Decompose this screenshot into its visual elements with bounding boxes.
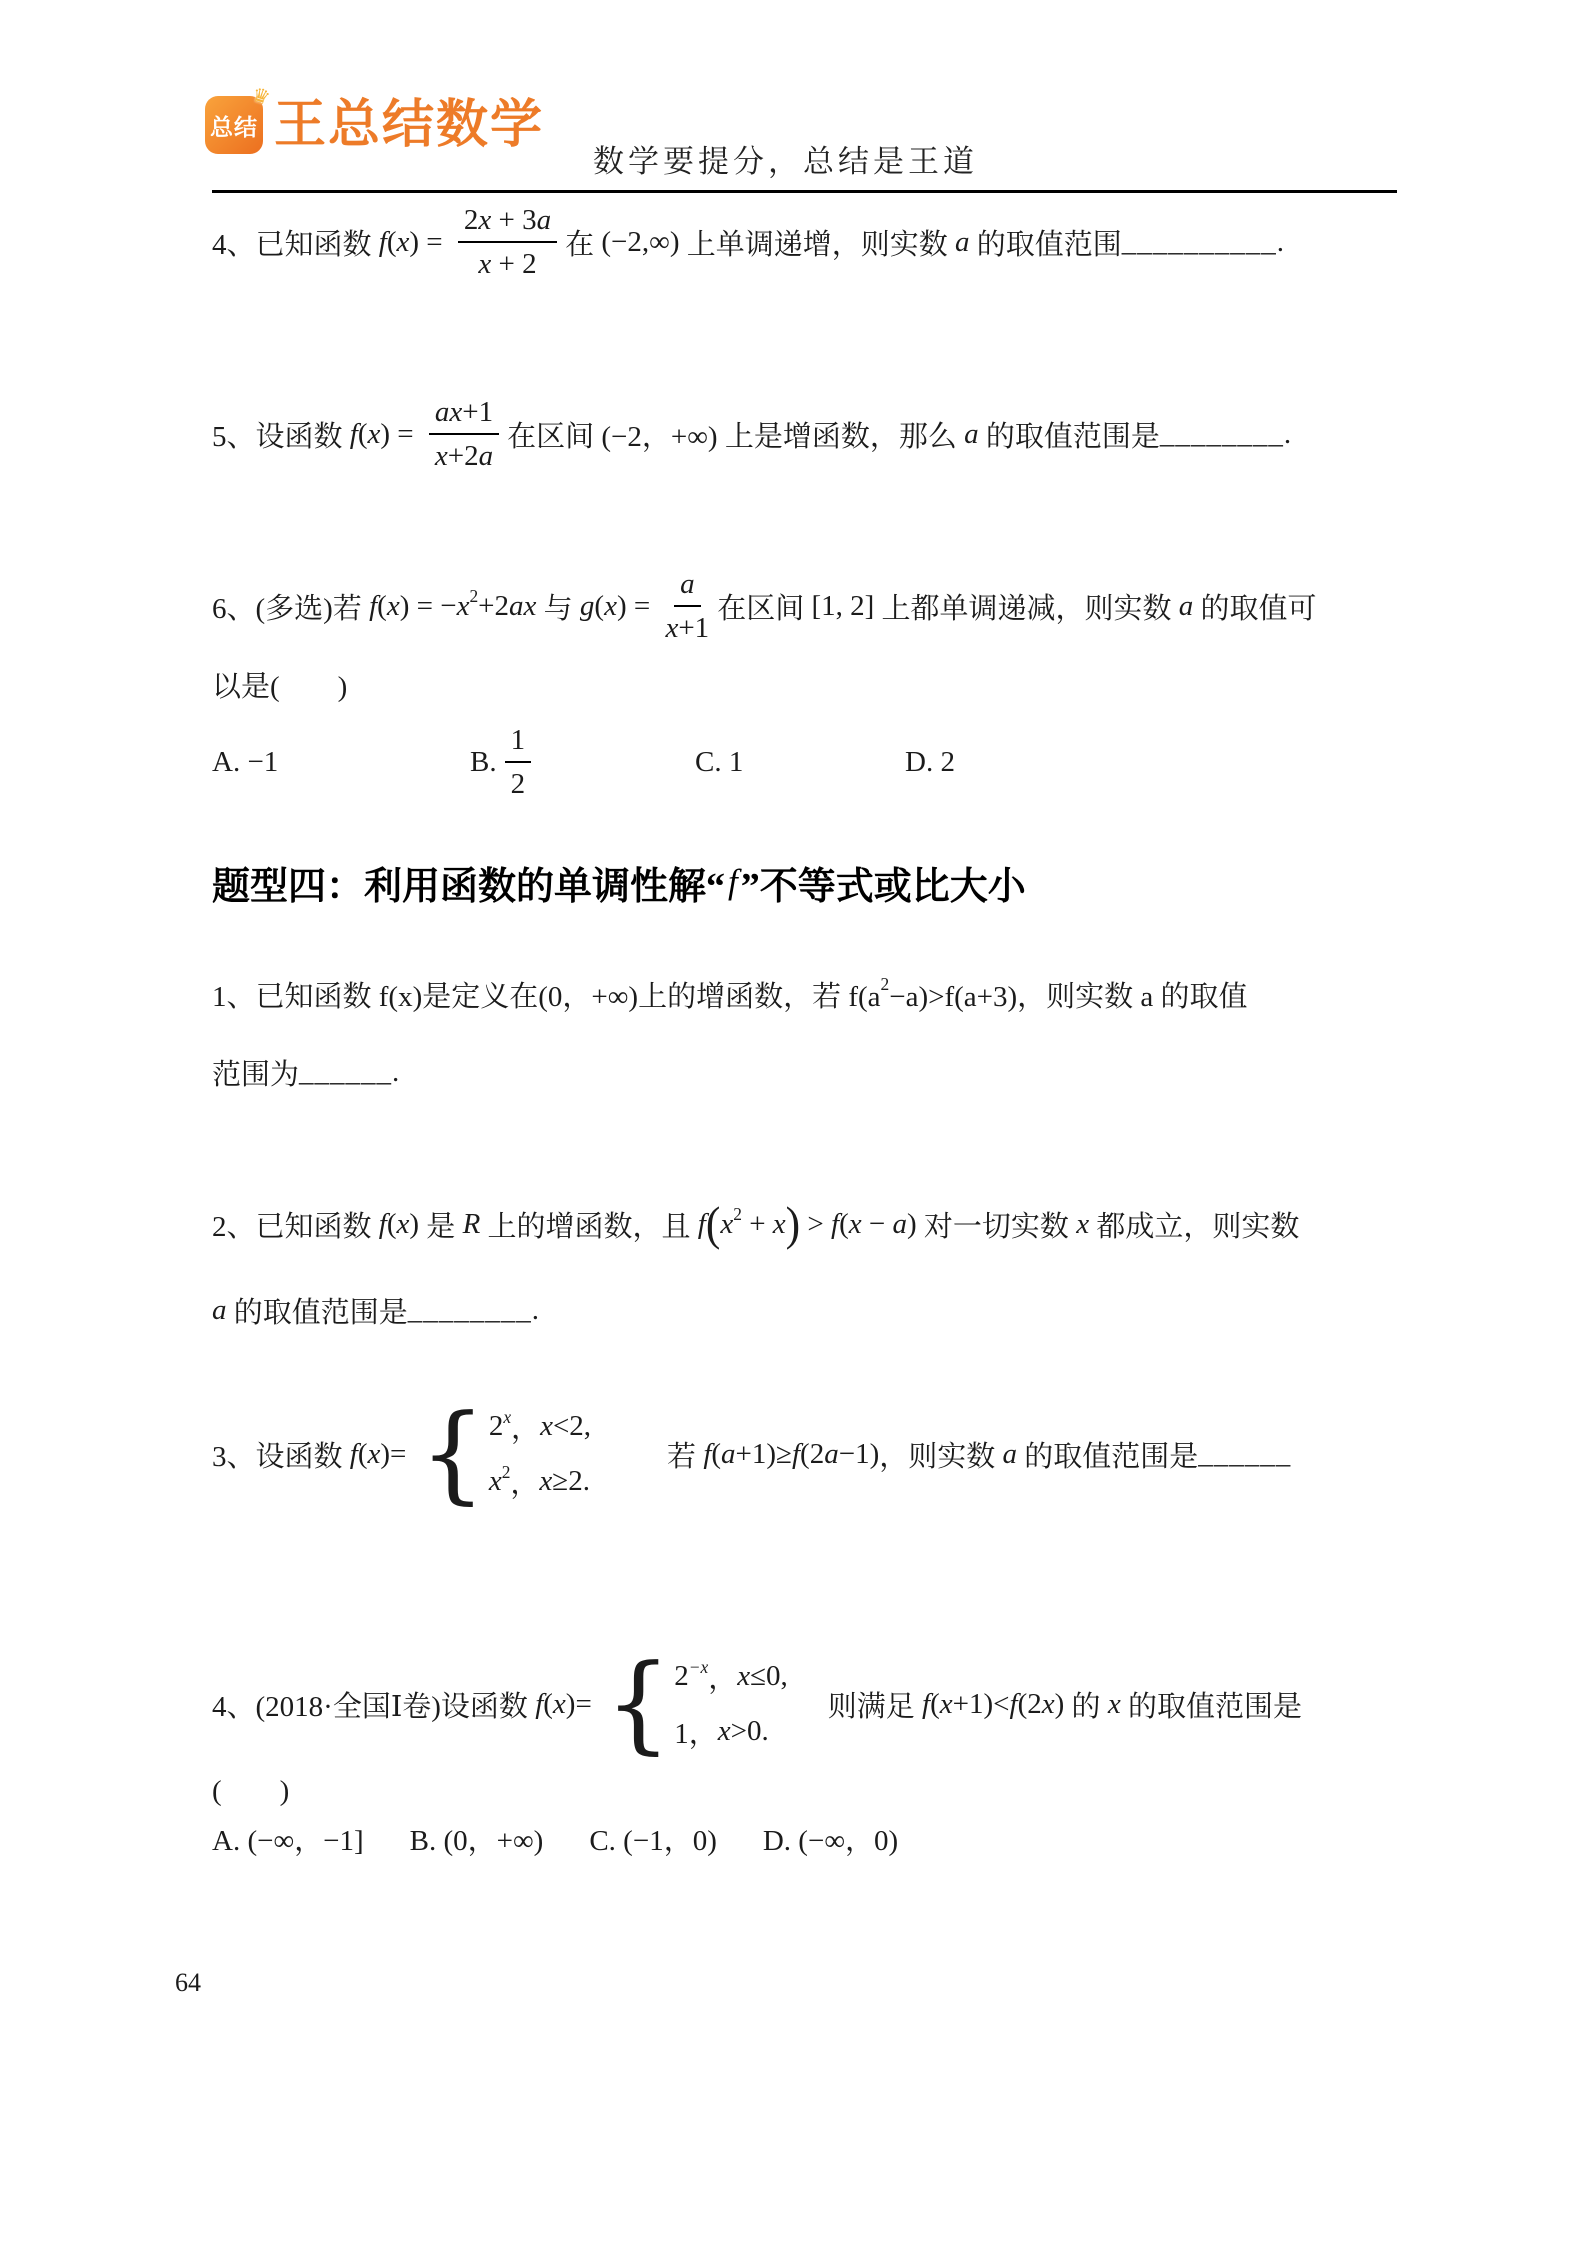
text-run: 与	[536, 586, 580, 627]
text-run: 的取值范围是	[227, 1290, 408, 1331]
math-italic: x	[1042, 1688, 1055, 1721]
fraction-denominator: x+2a	[435, 435, 493, 474]
math-italic: x	[397, 226, 410, 259]
section-heading: 题型四：利用函数的单调性解“f”不等式或比大小	[212, 856, 1026, 908]
math-upright: +1)<	[953, 1688, 1010, 1721]
text-run: 都成立，则实数	[1089, 1204, 1299, 1245]
brace-glyph: {	[605, 1655, 671, 1753]
math-upright: )=	[380, 1438, 413, 1471]
text-run: 若	[667, 1434, 703, 1475]
math-italic: x	[665, 610, 678, 646]
big-paren: (	[706, 1197, 721, 1252]
text-run: 题型四：利用函数的单调性解“	[212, 855, 725, 910]
math-italic: f	[698, 1208, 706, 1241]
math-upright: (	[358, 1438, 368, 1471]
text-run: 是	[419, 1204, 463, 1245]
header-tagline: 数学要提分，总结是王道	[593, 136, 978, 181]
math-upright: >0.	[731, 1715, 769, 1748]
fraction-numerator: a	[674, 566, 701, 607]
math-italic: f	[792, 1438, 800, 1471]
text-run: 的取值范围是	[1121, 1684, 1302, 1725]
math-italic: x	[435, 438, 448, 474]
math-upright: 2	[511, 766, 526, 802]
text-run: ，	[708, 1656, 737, 1697]
section4-problem-3-line-1: 3、设函数 f(x)= {2x，x<2,x2，x≥2.若 f(a+1)≥f(2a…	[212, 1390, 1291, 1518]
text-run: 6、(多选)若	[212, 586, 369, 627]
section4-problem-4-option-a: A. (−∞，−1]	[212, 1818, 364, 1859]
fraction-denominator: x + 2	[478, 243, 536, 282]
math-italic: x	[478, 202, 491, 238]
answer-blank: ________	[408, 1294, 532, 1327]
math-upright: (2	[1018, 1688, 1042, 1721]
math-upright: <2,	[553, 1410, 591, 1443]
math-upright: (	[387, 226, 397, 259]
math-upright: 1	[511, 722, 526, 758]
section4-problem-2-line-2: a 的取值范围是________.	[212, 1288, 539, 1332]
section4-problem-4-line-1: 4、(2018·全国Ⅰ卷)设函数 f(x)= {2−x，x≤0,1，x>0.则满…	[212, 1638, 1302, 1770]
math-italic: f	[703, 1438, 711, 1471]
math-italic: R	[463, 1208, 481, 1241]
text-run: 4、已知函数	[212, 222, 379, 263]
math-italic: x	[553, 1688, 566, 1721]
math-italic: x	[539, 1465, 552, 1498]
text-run: 对一切实数	[917, 1204, 1077, 1245]
math-italic: g	[580, 590, 595, 623]
math-upright: −1)	[839, 1438, 880, 1471]
math-upright: (	[358, 418, 368, 451]
text-run: ，则实数	[879, 1434, 1002, 1475]
fraction-numerator: ax+1	[429, 394, 499, 435]
math-upright: (	[594, 590, 604, 623]
math-upright: (2	[800, 1438, 824, 1471]
math-italic: a	[537, 202, 552, 238]
math-italic: x	[1108, 1688, 1121, 1721]
answer-blank: ______	[299, 1056, 392, 1089]
math-italic: a	[212, 1294, 227, 1327]
math-italic: f	[379, 226, 387, 259]
math-italic: x	[540, 1410, 553, 1443]
brace-glyph: {	[420, 1405, 486, 1503]
problem-4-line-1: 4、已知函数 f(x) = 2x + 3ax + 2在 (−2,∞) 上单调递增…	[212, 200, 1284, 284]
math-upright: + 2	[491, 246, 536, 282]
math-upright: + 3	[491, 202, 536, 238]
problem-6-option-b: B.12	[470, 722, 695, 803]
math-upright: )	[907, 1208, 917, 1241]
piecewise-row: 1，x>0.	[674, 1711, 788, 1752]
math-italic: a	[721, 1438, 736, 1471]
big-paren: )	[786, 1197, 801, 1252]
superscript: 2	[881, 974, 890, 995]
text-run: 2、已知函数	[212, 1204, 379, 1245]
math-upright: 1，	[674, 1711, 718, 1752]
section4-problem-1-line-1: 1、已知函数 f(x)是定义在(0，+∞)上的增函数，若 f(a2−a)>f(a…	[212, 972, 1248, 1016]
math-italic: f	[728, 862, 738, 902]
math-upright: C. 1	[695, 746, 743, 779]
problem-6-option-c: C. 1	[695, 746, 905, 779]
fraction: 12	[505, 722, 532, 803]
math-upright: D. 2	[905, 746, 955, 779]
text-run: 的取值范围	[970, 222, 1122, 263]
math-upright: 2	[674, 1660, 689, 1693]
text-run: 的取值可	[1193, 586, 1316, 627]
text-run: 上都单调递减，则实数	[874, 586, 1179, 627]
math-italic: f	[350, 1438, 358, 1471]
math-italic: f	[379, 1208, 387, 1241]
section4-problem-4-line-2: ( )	[212, 1766, 289, 1810]
crown-icon: ♛	[249, 82, 274, 111]
text-run: ”不等式或比大小	[741, 855, 1026, 910]
answer-blank: ______	[1198, 1438, 1291, 1471]
math-italic: x	[718, 1715, 731, 1748]
text-run: 则满足	[828, 1684, 922, 1725]
math-italic: x	[773, 1208, 786, 1241]
text-run: 的	[1064, 1684, 1108, 1725]
math-upright: (−2,∞)	[601, 226, 679, 259]
math-upright: ) =	[617, 590, 658, 623]
text-run: 上单调递增，则实数	[679, 222, 955, 263]
text-run: −a)>f(a+3)，则实数 a 的取值	[889, 974, 1247, 1015]
section4-problem-4-option-b: B. (0，+∞)	[410, 1818, 544, 1859]
piecewise-row: x2，x≥2.	[489, 1461, 591, 1502]
text-run: ，	[511, 1406, 540, 1447]
math-upright: (	[839, 1208, 849, 1241]
fraction-numerator: 1	[505, 722, 532, 763]
math-upright: (	[711, 1438, 721, 1471]
math-upright: (−2，+∞)	[601, 414, 717, 455]
math-upright: −	[862, 1208, 893, 1241]
math-upright: B. (0，+∞)	[410, 1818, 544, 1859]
brand-logo-badge-text: 总结	[210, 109, 258, 142]
math-italic: a	[1003, 1438, 1018, 1471]
math-italic: f	[369, 590, 377, 623]
problem-6-option-d: D. 2	[905, 746, 955, 779]
math-upright: +2	[448, 438, 479, 474]
superscript: 2	[733, 1204, 742, 1225]
math-italic: x	[489, 1465, 502, 1498]
text-run: 以是( )	[212, 664, 347, 705]
math-italic: a	[824, 1438, 839, 1471]
answer-blank: __________	[1122, 226, 1277, 259]
math-italic: x	[604, 590, 617, 623]
math-italic: f	[1010, 1688, 1018, 1721]
math-upright: A. −1	[212, 746, 278, 779]
text-run: 的取值范围是	[979, 414, 1160, 455]
text-run: .	[392, 1056, 399, 1089]
math-italic: x	[849, 1208, 862, 1241]
text-run: 5、设函数	[212, 414, 350, 455]
math-upright: (	[387, 1208, 397, 1241]
math-italic: f	[831, 1208, 839, 1241]
math-upright: (	[543, 1688, 553, 1721]
text-run: 4、(2018·全国Ⅰ卷)设函数	[212, 1684, 535, 1725]
piecewise-row: 2x，x<2,	[489, 1406, 591, 1447]
math-upright: +1)≥	[736, 1438, 792, 1471]
superscript: 2	[469, 586, 478, 607]
math-upright: ) =	[380, 418, 421, 451]
math-italic: a	[964, 418, 979, 451]
math-italic: x	[478, 246, 491, 282]
math-upright: 2	[464, 202, 479, 238]
math-italic: a	[479, 438, 494, 474]
math-italic: ax	[435, 394, 462, 430]
text-run: .	[1277, 226, 1284, 259]
math-italic: x	[368, 418, 381, 451]
math-upright: ) =	[409, 226, 450, 259]
math-upright: (	[930, 1688, 940, 1721]
math-upright: )	[1055, 1688, 1065, 1721]
fraction: ax+1x+2a	[429, 394, 499, 475]
math-upright: +2	[478, 590, 509, 623]
problem-6-line-2: 以是( )	[212, 664, 347, 704]
text-run: ( )	[212, 1768, 289, 1809]
fraction-denominator: x+1	[665, 607, 709, 646]
text-run: 在	[565, 222, 601, 263]
text-run: 上是增函数，那么	[718, 414, 965, 455]
math-italic: f	[922, 1688, 930, 1721]
text-run: ，	[510, 1461, 539, 1502]
section4-problem-4-options: A. (−∞，−1] B. (0，+∞) C. (−1，0) D. (−∞，0)	[212, 1816, 898, 1860]
math-upright: +1	[678, 610, 709, 646]
text-run: .	[1284, 418, 1291, 451]
math-italic: a	[893, 1208, 908, 1241]
problem-6-option-a: A. −1	[212, 746, 470, 779]
problem-5-line-1: 5、设函数 f(x) = ax+1x+2a在区间 (−2，+∞) 上是增函数，那…	[212, 392, 1291, 476]
text-run: 1、已知函数 f(x)是定义在(0，+∞)上的增函数，若 f(a	[212, 974, 881, 1015]
superscript: 2	[502, 1462, 511, 1483]
math-italic: x	[720, 1208, 733, 1241]
text-run: .	[532, 1294, 539, 1327]
math-upright: +1	[462, 394, 493, 430]
math-italic: f	[350, 418, 358, 451]
math-italic: a	[680, 566, 695, 602]
fraction: 2x + 3ax + 2	[458, 202, 557, 283]
math-italic: x	[1076, 1208, 1089, 1241]
text-run: 在区间	[507, 414, 601, 455]
math-upright: ) = −	[400, 590, 457, 623]
fraction: ax+1	[665, 566, 709, 647]
piecewise-rows: 2x，x<2,x2，x≥2.	[489, 1406, 591, 1502]
math-italic: a	[955, 226, 970, 259]
math-upright: +	[742, 1208, 773, 1241]
math-upright: )=	[566, 1688, 599, 1721]
section4-problem-1-line-2: 范围为______.	[212, 1050, 399, 1094]
math-upright: >	[800, 1208, 831, 1241]
fraction-numerator: 2x + 3a	[458, 202, 557, 243]
section4-problem-4-option-d: D. (−∞，0)	[763, 1818, 898, 1859]
problem-6-line-1: 6、(多选)若 f(x) = −x2+2ax 与 g(x) = ax+1在区间 …	[212, 556, 1317, 656]
math-upright: A. (−∞，−1]	[212, 1818, 364, 1859]
math-italic: x	[368, 1438, 381, 1471]
math-upright: ≤0,	[750, 1660, 788, 1693]
text-run: 范围为	[212, 1052, 299, 1093]
text-run: 的取值范围是	[1017, 1434, 1198, 1475]
math-italic: x	[457, 590, 470, 623]
math-italic: x	[397, 1208, 410, 1241]
superscript-italic: −x	[689, 1657, 708, 1678]
math-upright: B.	[470, 746, 497, 779]
text-run: 在区间	[717, 586, 811, 627]
math-upright: ≥2.	[552, 1465, 590, 1498]
piecewise-rows: 2−x，x≤0,1，x>0.	[674, 1656, 788, 1752]
superscript-italic: x	[503, 1407, 511, 1428]
math-upright: [1, 2]	[811, 590, 874, 623]
math-italic: x	[737, 1660, 750, 1693]
math-upright: (	[377, 590, 387, 623]
fraction-denominator: 2	[511, 763, 526, 802]
math-upright: D. (−∞，0)	[763, 1818, 898, 1859]
section4-problem-2-line-1: 2、已知函数 f(x) 是 R 上的增函数，且 f(x2 + x) > f(x …	[212, 1192, 1299, 1256]
text-run: 3、设函数	[212, 1434, 350, 1475]
answer-blank: ________	[1160, 418, 1284, 451]
math-italic: x	[387, 590, 400, 623]
math-italic: f	[535, 1688, 543, 1721]
piecewise-function: {2x，x<2,x2，x≥2.	[420, 1406, 591, 1502]
math-upright: 2	[489, 1410, 504, 1443]
piecewise-row: 2−x，x≤0,	[674, 1656, 788, 1697]
math-upright: )	[409, 1208, 419, 1241]
math-upright: C. (−1，0)	[589, 1818, 717, 1859]
piecewise-function: {2−x，x≤0,1，x>0.	[605, 1656, 788, 1752]
problem-6-options: A. −1 B.12 C. 1 D. 2	[212, 718, 955, 806]
math-italic: x	[940, 1688, 953, 1721]
section4-problem-4-option-c: C. (−1，0)	[589, 1818, 717, 1859]
page-number: 64	[175, 1968, 201, 1998]
math-italic: ax	[509, 590, 536, 623]
brand-logo-title: 王总结数学	[274, 96, 544, 154]
text-run: 上的增函数，且	[480, 1204, 698, 1245]
math-italic: a	[1179, 590, 1194, 623]
brand-logo-badge: 总结 ♛	[205, 96, 263, 154]
header-divider	[212, 190, 1397, 193]
